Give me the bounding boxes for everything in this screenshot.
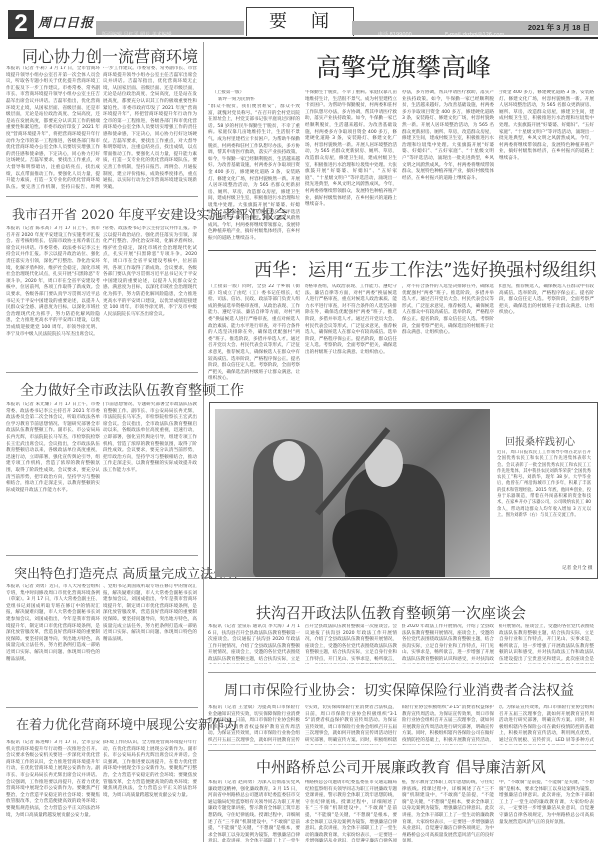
page-number: 2 [8,10,34,38]
masthead: 2 周口日报 版面编辑 吕红平 照片 美术编辑 要闻 电话 8199000 E-… [0,0,600,40]
article-body-a2-col2: 本报讯（记者 陈永高）3 月 17 日上午，我市召开省 2020 年度平安建设工… [103,226,197,366]
article-body-a5-col2: 本报讯（记者 陈进峰）3 月 17 日，全市公安机关营商环境提升年行动暨一次推进… [103,740,197,844]
article-body-a8-col2: 本报讯（记者 金泉东 通讯员 李大海）3 月 16 日，扶沟县召开全县政法队伍教… [305,624,397,664]
issue-date: 2021 年 3 月 18 日 [528,21,590,35]
article-body-a4-col2: 本报讯（记者 刘勇）近日，市人大常委会组织专班，集中时间修改周口市优化营商环境条… [103,584,197,684]
article-body-a3-col1: 本报讯（记者 朱光耀）3 月 17 日上午，市委常委、政法委书记李云主持召开 2… [6,402,100,534]
article-divider [208,672,596,673]
article-body-a10-col3: 本报讯（记者 赵尚勇）为深入贯彻落实党风廉政建设精神，强化廉政教育，3 月 15… [402,780,494,842]
article-body-a1-col1: 本报讯（记者 牛莉）3 月 17 日，全市营商环境提升领导小组办公室召开第一次全… [6,66,100,190]
article-body-a6-col4: “群众不脱贫，我们便食难安”，群众不致富，就愧对党员称号。“在召开的全村党员院在… [499,90,594,244]
article-body-a6-col3: “群众不脱贫，我们便食难安”，群众不致富，就愧对党员称号。“在召开的全村党员院在… [402,90,494,244]
article-body-a7-col1: （上接第一版）同时，全县 22 个乡镇（街道）均成立了由纪（工）委书记任组长，纪… [208,284,300,396]
article-body-a9-col1: 本报讯（记者 王金斌）为提高周口市保险行业金融知识宣传实效，切实保障保险行业消费… [208,705,300,745]
article-body-a10-col1: 本报讯（记者 赵尚勇）为深入贯彻落实党风廉政建设精神，强化廉政教育，3 月 15… [208,780,300,842]
article-body-a8-col4: 本报讯（记者 金泉东 通讯员 李大海）3 月 16 日，扶沟县召开全县政法队伍教… [499,624,594,664]
article-body-a8-col1: 本报讯（记者 金泉东 通讯员 李大海）3 月 16 日，扶沟县召开全县政法队伍教… [208,624,300,664]
headline-a5: 在着力优化营商环境中展现公安新作为 [16,714,237,733]
article-body-a4-col1: 本报讯（记者 刘勇）近日，市人大常委会组织专班，集中时间修改周口市优化营商环境条… [6,584,100,684]
article-body-a10-col4: 本报讯（记者 赵尚勇）为深入贯彻落实党风廉政建设精神，强化廉政教育，3 月 15… [499,780,594,842]
article-body-a8-col3: 本报讯（记者 金泉东 通讯员 李大海）3 月 16 日，扶沟县召开全县政法队伍教… [402,624,494,664]
headline-a1: 同心协力创一流营商环境 [22,44,198,67]
article-body-a9-col4: 本报讯（记者 王金斌）为提高周口市保险行业金融知识宣传实效，切实保障保险行业消费… [499,705,594,745]
photo-figure-woman-head [273,441,305,481]
headline-a9: 周口市保险行业协会：切实保障保险行业消费者合法权益 [224,680,574,700]
headline-a8: 扶沟召开政法队伍教育整顿第一次座谈会 [256,602,526,623]
article-body-a2-col1: 本报讯（记者 陈永高）3 月 17 日上午，我市召开省 2020 年度平安建设工… [6,226,100,366]
article-body-a5-col1: 本报讯（记者 陈进峰）3 月 17 日，全市公安机关营商环境提升年行动暨一次推进… [6,740,100,844]
article-divider [6,372,198,373]
article-divider [208,750,596,751]
masthead-rule [8,37,598,39]
article-body-a9-col2: 本报讯（记者 王金斌）为提高周口市保险行业金融知识宣传实效，切实保障保险行业消费… [305,705,397,745]
photo-feature-title: 回报桑梓践初心 [505,433,575,448]
headline-a7: 西华：运用“五步工作法”选好换强村级组织 [254,256,596,282]
news-photo [215,409,490,577]
article-divider [6,555,198,556]
article-body-a3-col2: 本报讯（记者 朱光耀）3 月 17 日上午，市委常委、政法委书记李云主持召开 2… [103,402,197,534]
article-divider [6,707,198,708]
article-body-a7-col4: （上接第一版）同时，全县 22 个乡镇（街道）均成立了由纪（工）委书记任组长，纪… [499,284,594,396]
photo-credit: 记者 金月全 摄 [562,565,592,571]
article-body-a6-col2: “群众不脱贫，我们便食难安”，群众不致富，就愧对党员称号。“在召开的全村党员院在… [305,90,397,244]
photo-caption: 近日，周口日报农民工工作领导小组在北京召开全国优秀农民工和农民工工作先进集体表彰… [497,450,591,562]
article-body-a7-col2: （上接第一版）同时，全县 22 个乡镇（街道）均成立了由纪（工）委书记任组长，纪… [305,284,397,396]
paper-name: 周口日报 [38,14,94,34]
continued-note: （上接第一版） [212,90,302,97]
article-body-a6-col1: “群众不脱贫，我们便食难安”，群众不致富，就愧对党员称号。“在召开的全村党员院在… [208,104,300,244]
article-divider [6,196,198,197]
article-body-a9-col3: 本报讯（记者 王金斌）为提高周口市保险行业金融知识宣传实效，切实保障保险行业消费… [402,705,494,745]
masthead-left-bar: 版面编辑 吕红平 照片 美术编辑 [96,21,244,35]
article-body-a10-col2: 本报讯（记者 赵尚勇）为深入贯彻落实党风廉政建设精神，强化廉政教育，3 月 15… [305,780,397,842]
headline-a10: 中州路桥总公司开展廉政教育 倡导廉洁新风 [256,756,546,777]
article-body-a7-col3: （上接第一版）同时，全县 22 个乡镇（街道）均成立了由纪（工）委书记任组长，纪… [402,284,494,396]
article-body-a1-col2: 本报讯（记者 牛莉）3 月 17 日，全市营商环境提升领导小组办公室召开第一次全… [103,66,197,190]
article-subhead-a6: 新坪一刻为民情怀 [218,97,298,104]
headline-a4: 突出特色打造亮点 高质量完成立法任务 [14,563,239,582]
section-title: 要闻 [246,7,354,36]
headline-a6: 高擎党旗攀高峰 [316,48,491,84]
article-divider [208,250,596,251]
